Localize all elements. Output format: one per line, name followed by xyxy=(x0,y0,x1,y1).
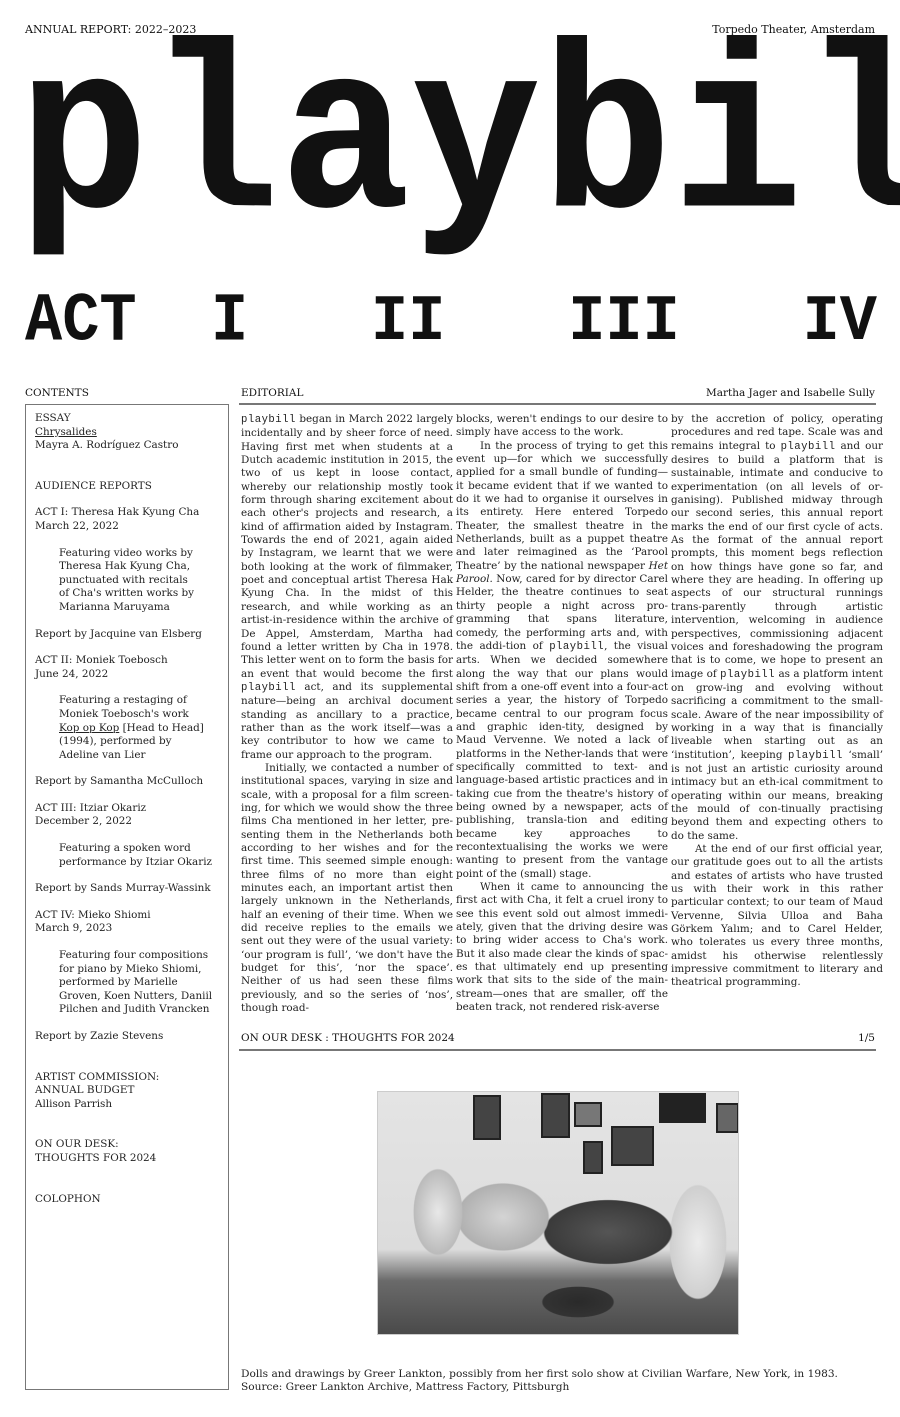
editorial-divider xyxy=(239,403,876,405)
toc-essay-title-link[interactable]: Chrysalides xyxy=(35,426,219,440)
contents-label: CONTENTS xyxy=(25,387,89,399)
wall-drawing-icon xyxy=(611,1126,654,1166)
editorial-paragraph: Initially, we contacted a number of inst… xyxy=(241,762,453,1016)
toc-act-ii-date: June 24, 2022 xyxy=(35,668,219,682)
description-line: (1994), performed by xyxy=(59,735,219,749)
act-numeral-iv: IV xyxy=(803,291,877,354)
wall-drawing-icon xyxy=(574,1102,602,1127)
toc-act-iii-date: December 2, 2022 xyxy=(35,815,219,829)
masthead-playbill: p l a y b i l l xyxy=(18,36,888,246)
description-line: Featuring a spoken word xyxy=(59,842,219,856)
act-numeral-iii: III xyxy=(568,291,680,354)
masthead-letter: y xyxy=(410,36,541,263)
act-i-heading: ACT I xyxy=(25,291,248,354)
toc-act-ii-title: ACT II: Moniek Toebosch xyxy=(35,654,219,668)
toc-audience-reports-heading: AUDIENCE REPORTS xyxy=(35,480,219,494)
description-line: Featuring video works by xyxy=(59,547,219,561)
toc-essay-heading: ESSAY xyxy=(35,412,219,426)
photo-caption: Dolls and drawings by Greer Lankton, pos… xyxy=(241,1368,881,1394)
editorial-paragraph: At the end of our first official year, o… xyxy=(671,843,883,990)
editorial-paragraph: by the accretion of policy, operating pr… xyxy=(671,413,883,843)
table-of-contents: ESSAY Chrysalides Mayra A. Rodríguez Cas… xyxy=(25,404,229,1390)
paragraph-text: and our desires to build a platform that… xyxy=(671,440,883,680)
description-line: performed by Marielle xyxy=(59,976,219,990)
photograph-dolls-image xyxy=(377,1091,739,1335)
toc-desk-line2: THOUGHTS FOR 2024 xyxy=(35,1152,219,1166)
paragraph-text: as a platform intent on grow-ing and evo… xyxy=(671,668,883,761)
brand-name: playbill xyxy=(788,750,843,762)
brand-name: playbill xyxy=(720,669,775,681)
toc-act-i-title: ACT I: Theresa Hak Kyung Cha xyxy=(35,506,219,520)
toc-act-i-date: March 22, 2022 xyxy=(35,520,219,534)
toc-act-iii-title: ACT III: Itziar Okariz xyxy=(35,802,219,816)
toc-act-ii-description: Featuring a restaging of Moniek Toebosch… xyxy=(35,694,219,762)
toc-act-ii-report: Report by Samantha McCulloch xyxy=(35,775,219,789)
masthead-letter: a xyxy=(280,36,411,263)
toc-commission-line1: ARTIST COMMISSION: xyxy=(35,1071,219,1085)
act-numeral-ii: II xyxy=(371,291,445,354)
acts-banner: ACT I II III IV xyxy=(25,292,877,352)
description-line: Groven, Koen Nutters, Daniil xyxy=(59,990,219,1004)
editorial-column-3: by the accretion of policy, operating pr… xyxy=(671,413,883,990)
masthead-letter: l xyxy=(803,36,900,263)
toc-act-iv-date: March 9, 2023 xyxy=(35,922,219,936)
toc-act-iv-title: ACT IV: Mieko Shiomi xyxy=(35,909,219,923)
wall-drawing-icon xyxy=(659,1093,706,1123)
editorial-paragraph: When it came to announcing the first act… xyxy=(456,881,668,1014)
description-line: of Cha's written works by xyxy=(59,587,219,601)
wall-drawing-icon xyxy=(583,1141,603,1174)
work-title-translation: [Head to Head] xyxy=(119,722,204,734)
description-line: Moniek Toebosch's work xyxy=(59,708,219,722)
desk-section-label: ON OUR DESK : THOUGHTS FOR 2024 xyxy=(241,1032,455,1044)
toc-commission-author: Allison Parrish xyxy=(35,1098,219,1112)
description-line: Pilchen and Judith Vrancken xyxy=(59,1003,219,1017)
description-line: for piano by Mieko Shiomi, xyxy=(59,963,219,977)
brand-name: playbill xyxy=(781,441,836,453)
editorial-label: EDITORIAL xyxy=(241,387,303,399)
description-line: Kop op Kop [Head to Head] xyxy=(59,722,219,736)
editorial-paragraph: playbill began in March 2022 largely inc… xyxy=(241,413,453,762)
editorial-paragraph: In the process of trying to get this eve… xyxy=(456,440,668,881)
act-numeral-i: I xyxy=(211,289,248,355)
wall-drawing-icon xyxy=(473,1095,501,1140)
paragraph-text: began in March 2022 largely incidentally… xyxy=(241,413,453,680)
wall-drawing-icon xyxy=(716,1103,739,1133)
paragraph-text: , the visual arts. When we decided somew… xyxy=(456,640,668,880)
masthead-letter: b xyxy=(541,36,672,263)
masthead-letter: i xyxy=(672,36,803,263)
description-line: punctuated with recitals xyxy=(59,574,219,588)
description-line: performance by Itziar Okariz xyxy=(59,856,219,870)
toc-act-i-report: Report by Jacquine van Elsberg xyxy=(35,628,219,642)
brand-name: playbill xyxy=(241,414,296,426)
wall-drawing-icon xyxy=(541,1093,570,1138)
toc-act-i-description: Featuring video works by Theresa Hak Kyu… xyxy=(35,547,219,615)
editorial-column-1: playbill began in March 2022 largely inc… xyxy=(241,413,453,1015)
toc-act-iv-description: Featuring four compositions for piano by… xyxy=(35,949,219,1017)
editorial-column-2: blocks, weren't endings to our desire to… xyxy=(456,413,668,1014)
paragraph-text: ‘small’ is not just an artistic curiosit… xyxy=(671,749,883,842)
work-title-link[interactable]: Kop op Kop xyxy=(59,722,119,734)
brand-name: playbill xyxy=(241,682,296,694)
toc-act-iii-description: Featuring a spoken word performance by I… xyxy=(35,842,219,869)
toc-essay-author: Mayra A. Rodríguez Castro xyxy=(35,439,219,453)
description-line: Marianna Maruyama xyxy=(59,601,219,615)
description-line: Theresa Hak Kyung Cha, xyxy=(59,560,219,574)
masthead-letter: p xyxy=(18,36,149,263)
editorial-paragraph: blocks, weren't endings to our desire to… xyxy=(456,413,668,440)
toc-act-iv-report: Report by Zazie Stevens xyxy=(35,1030,219,1044)
masthead-letter: l xyxy=(149,36,280,263)
toc-desk-line1: ON OUR DESK: xyxy=(35,1138,219,1152)
toc-commission-line2: ANNUAL BUDGET xyxy=(35,1084,219,1098)
description-line: Featuring four compositions xyxy=(59,949,219,963)
caption-source-line: Source: Greer Lankton Archive, Mattress … xyxy=(241,1381,881,1394)
toc-act-iii-report: Report by Sands Murray-Wassink xyxy=(35,882,219,896)
toc-colophon: COLOPHON xyxy=(35,1193,219,1207)
description-line: Adeline van Lier xyxy=(59,749,219,763)
desk-divider xyxy=(239,1049,876,1051)
act-prefix: ACT xyxy=(25,289,137,355)
brand-name: playbill xyxy=(549,641,604,653)
editorial-authors: Martha Jager and Isabelle Sully xyxy=(706,387,875,399)
description-line: Featuring a restaging of xyxy=(59,694,219,708)
caption-line: Dolls and drawings by Greer Lankton, pos… xyxy=(241,1368,881,1381)
page-number: 1/5 xyxy=(858,1032,875,1044)
paragraph-text: In the process of trying to get this eve… xyxy=(456,440,668,572)
